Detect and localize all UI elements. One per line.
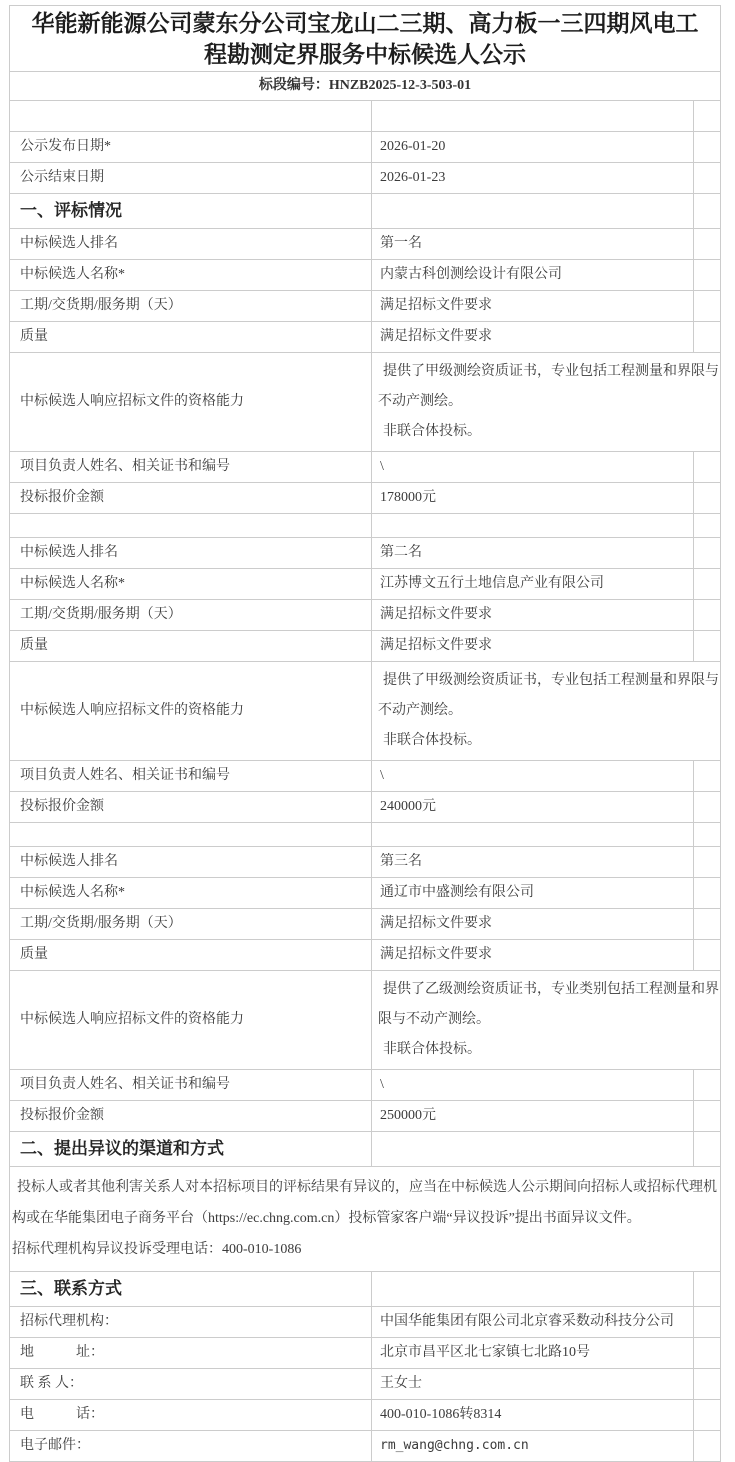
candidate1-manager-row: 项目负责人姓名、相关证书和编号 \ (10, 452, 721, 483)
spacer-cell (694, 761, 721, 792)
candidate-manager-label: 项目负责人姓名、相关证书和编号 (10, 452, 372, 483)
closing-date-label: 公示结束日期 (10, 163, 372, 194)
contact-email-value: rm_wang@chng.com.cn (372, 1431, 694, 1462)
candidate-qualification-label: 中标候选人响应招标文件的资格能力 (10, 353, 372, 452)
candidate-duration-value: 满足招标文件要求 (372, 291, 694, 322)
contact-address-label: 地 址： (10, 1338, 372, 1369)
publish-date-row: 公示发布日期* 2026-01-20 (10, 132, 721, 163)
closing-date-row: 公示结束日期 2026-01-23 (10, 163, 721, 194)
contact-phone-label: 电 话： (10, 1400, 372, 1431)
candidate1-name-row: 中标候选人名称* 内蒙古科创测绘设计有限公司 (10, 260, 721, 291)
candidate2-price-row: 投标报价金额 240000元 (10, 792, 721, 823)
spacer-cell (694, 1369, 721, 1400)
candidate-price-value: 240000元 (372, 792, 694, 823)
candidate-name-label: 中标候选人名称* (10, 878, 372, 909)
contact-phone-row: 电 话： 400-010-1086转8314 (10, 1400, 721, 1431)
spacer-cell (694, 452, 721, 483)
spacer-cell (694, 1307, 721, 1338)
candidate-rank-label: 中标候选人排名 (10, 229, 372, 260)
spacer-cell (694, 538, 721, 569)
qualification-paragraph-2: 非联合体投标。 (378, 417, 720, 447)
candidate-quality-label: 质量 (10, 631, 372, 662)
candidate-name-value: 通辽市中盛测绘有限公司 (372, 878, 694, 909)
contact-phone-value: 400-010-1086转8314 (372, 1400, 694, 1431)
candidate2-quality-row: 质量 满足招标文件要求 (10, 631, 721, 662)
candidate2-name-row: 中标候选人名称* 江苏博文五行土地信息产业有限公司 (10, 569, 721, 600)
spacer-cell (694, 940, 721, 971)
candidate3-price-row: 投标报价金额 250000元 (10, 1101, 721, 1132)
empty-row (10, 101, 721, 132)
candidate-quality-value: 满足招标文件要求 (372, 940, 694, 971)
title-row: 华能新能源公司蒙东分公司宝龙山二三期、高力板一三四期风电工程勘测定界服务中标候选… (10, 6, 721, 72)
spacer-cell (694, 514, 721, 538)
empty-cell (10, 514, 372, 538)
contact-email-label: 电子邮件： (10, 1431, 372, 1462)
empty-cell (372, 101, 694, 132)
candidate1-qualification-row: 中标候选人响应招标文件的资格能力 提供了甲级测绘资质证书，专业包括工程测量和界限… (10, 353, 721, 452)
candidate-manager-value: \ (372, 761, 694, 792)
candidate-manager-value: \ (372, 1070, 694, 1101)
spacer-cell (694, 569, 721, 600)
candidate-manager-value: \ (372, 452, 694, 483)
empty-row (10, 823, 721, 847)
candidate-name-label: 中标候选人名称* (10, 260, 372, 291)
qualification-paragraph-2: 非联合体投标。 (378, 726, 720, 756)
candidate3-name-row: 中标候选人名称* 通辽市中盛测绘有限公司 (10, 878, 721, 909)
announcement-table: 华能新能源公司蒙东分公司宝龙山二三期、高力板一三四期风电工程勘测定界服务中标候选… (9, 5, 721, 1462)
objection-hotline: 招标代理机构异议投诉受理电话：400-010-1086 (12, 1234, 718, 1265)
contact-address-value: 北京市昌平区北七家镇七北路10号 (372, 1338, 694, 1369)
candidate-name-value: 江苏博文五行土地信息产业有限公司 (372, 569, 694, 600)
spacer-cell (694, 163, 721, 194)
spacer-cell (694, 878, 721, 909)
candidate3-quality-row: 质量 满足招标文件要求 (10, 940, 721, 971)
candidate-manager-label: 项目负责人姓名、相关证书和编号 (10, 1070, 372, 1101)
spacer-cell (694, 229, 721, 260)
objection-paragraph-cell: 投标人或者其他利害关系人对本招标项目的评标结果有异议的，应当在中标候选人公示期间… (10, 1167, 721, 1272)
spacer-cell (694, 1132, 721, 1167)
empty-cell (372, 1272, 694, 1307)
objection-paragraph: 投标人或者其他利害关系人对本招标项目的评标结果有异议的，应当在中标候选人公示期间… (12, 1172, 718, 1234)
spacer-cell (694, 291, 721, 322)
candidate-name-label: 中标候选人名称* (10, 569, 372, 600)
contact-person-label: 联 系 人： (10, 1369, 372, 1400)
candidate-qualification-value: 提供了乙级测绘资质证书，专业类别包括工程测量和界限与不动产测绘。 非联合体投标。 (372, 971, 721, 1070)
section-evaluation-row: 一、评标情况 (10, 194, 721, 229)
empty-cell (10, 823, 372, 847)
spacer-cell (694, 792, 721, 823)
candidate-quality-label: 质量 (10, 940, 372, 971)
lot-number: 标段编号：HNZB2025-12-3-503-01 (10, 72, 721, 101)
spacer-cell (694, 1101, 721, 1132)
candidate-price-value: 178000元 (372, 483, 694, 514)
empty-cell (372, 1132, 694, 1167)
section-objection-row: 二、提出异议的渠道和方式 (10, 1132, 721, 1167)
candidate-qualification-label: 中标候选人响应招标文件的资格能力 (10, 971, 372, 1070)
qualification-paragraph-2: 非联合体投标。 (378, 1035, 720, 1065)
section-contact-title: 三、联系方式 (10, 1272, 372, 1307)
spacer-cell (694, 823, 721, 847)
spacer-cell (694, 1431, 721, 1462)
candidate-quality-value: 满足招标文件要求 (372, 322, 694, 353)
candidate2-qualification-row: 中标候选人响应招标文件的资格能力 提供了甲级测绘资质证书，专业包括工程测量和界限… (10, 662, 721, 761)
candidate3-qualification-row: 中标候选人响应招标文件的资格能力 提供了乙级测绘资质证书，专业类别包括工程测量和… (10, 971, 721, 1070)
closing-date-value: 2026-01-23 (372, 163, 694, 194)
spacer-cell (694, 1338, 721, 1369)
candidate-qualification-value: 提供了甲级测绘资质证书，专业包括工程测量和界限与不动产测绘。 非联合体投标。 (372, 662, 721, 761)
spacer-cell (694, 1070, 721, 1101)
candidate-price-label: 投标报价金额 (10, 792, 372, 823)
section-contact-row: 三、联系方式 (10, 1272, 721, 1307)
section-objection-title: 二、提出异议的渠道和方式 (10, 1132, 372, 1167)
spacer-cell (694, 1272, 721, 1307)
candidate-qualification-label: 中标候选人响应招标文件的资格能力 (10, 662, 372, 761)
spacer-cell (694, 847, 721, 878)
lot-number-row: 标段编号：HNZB2025-12-3-503-01 (10, 72, 721, 101)
contact-agency-row: 招标代理机构： 中国华能集团有限公司北京睿采数动科技分公司 (10, 1307, 721, 1338)
candidate-quality-value: 满足招标文件要求 (372, 631, 694, 662)
candidate2-manager-row: 项目负责人姓名、相关证书和编号 \ (10, 761, 721, 792)
candidate-name-value: 内蒙古科创测绘设计有限公司 (372, 260, 694, 291)
candidate-price-value: 250000元 (372, 1101, 694, 1132)
contact-address-row: 地 址： 北京市昌平区北七家镇七北路10号 (10, 1338, 721, 1369)
spacer-cell (694, 194, 721, 229)
page-title: 华能新能源公司蒙东分公司宝龙山二三期、高力板一三四期风电工程勘测定界服务中标候选… (10, 6, 721, 72)
publish-date-label: 公示发布日期* (10, 132, 372, 163)
candidate-quality-label: 质量 (10, 322, 372, 353)
empty-cell (10, 101, 372, 132)
candidate-duration-label: 工期/交货期/服务期（天） (10, 909, 372, 940)
candidate-rank-label: 中标候选人排名 (10, 538, 372, 569)
candidate3-duration-row: 工期/交货期/服务期（天） 满足招标文件要求 (10, 909, 721, 940)
candidate1-rank-row: 中标候选人排名 第一名 (10, 229, 721, 260)
spacer-cell (694, 1400, 721, 1431)
contact-agency-label: 招标代理机构： (10, 1307, 372, 1338)
qualification-paragraph-1: 提供了甲级测绘资质证书，专业包括工程测量和界限与不动产测绘。 (378, 666, 720, 726)
qualification-paragraph-1: 提供了乙级测绘资质证书，专业类别包括工程测量和界限与不动产测绘。 (378, 975, 720, 1035)
contact-email-row: 电子邮件： rm_wang@chng.com.cn (10, 1431, 721, 1462)
publish-date-value: 2026-01-20 (372, 132, 694, 163)
candidate-manager-label: 项目负责人姓名、相关证书和编号 (10, 761, 372, 792)
candidate3-manager-row: 项目负责人姓名、相关证书和编号 \ (10, 1070, 721, 1101)
candidate-duration-value: 满足招标文件要求 (372, 909, 694, 940)
candidate-rank-value: 第三名 (372, 847, 694, 878)
spacer-cell (694, 132, 721, 163)
candidate-qualification-value: 提供了甲级测绘资质证书，专业包括工程测量和界限与不动产测绘。 非联合体投标。 (372, 353, 721, 452)
candidate1-duration-row: 工期/交货期/服务期（天） 满足招标文件要求 (10, 291, 721, 322)
candidate2-duration-row: 工期/交货期/服务期（天） 满足招标文件要求 (10, 600, 721, 631)
spacer-cell (694, 631, 721, 662)
contact-person-row: 联 系 人： 王女士 (10, 1369, 721, 1400)
empty-row (10, 514, 721, 538)
contact-person-value: 王女士 (372, 1369, 694, 1400)
candidate-price-label: 投标报价金额 (10, 1101, 372, 1132)
candidate-rank-value: 第一名 (372, 229, 694, 260)
candidate-duration-value: 满足招标文件要求 (372, 600, 694, 631)
candidate1-quality-row: 质量 满足招标文件要求 (10, 322, 721, 353)
spacer-cell (694, 909, 721, 940)
candidate3-rank-row: 中标候选人排名 第三名 (10, 847, 721, 878)
spacer-cell (694, 101, 721, 132)
section-evaluation-title: 一、评标情况 (10, 194, 372, 229)
candidate-rank-label: 中标候选人排名 (10, 847, 372, 878)
candidate-duration-label: 工期/交货期/服务期（天） (10, 291, 372, 322)
candidate1-price-row: 投标报价金额 178000元 (10, 483, 721, 514)
spacer-cell (694, 322, 721, 353)
candidate-duration-label: 工期/交货期/服务期（天） (10, 600, 372, 631)
candidate-rank-value: 第二名 (372, 538, 694, 569)
spacer-cell (694, 483, 721, 514)
empty-cell (372, 514, 694, 538)
contact-agency-value: 中国华能集团有限公司北京睿采数动科技分公司 (372, 1307, 694, 1338)
spacer-cell (694, 600, 721, 631)
candidate-price-label: 投标报价金额 (10, 483, 372, 514)
candidate2-rank-row: 中标候选人排名 第二名 (10, 538, 721, 569)
objection-paragraph-row: 投标人或者其他利害关系人对本招标项目的评标结果有异议的，应当在中标候选人公示期间… (10, 1167, 721, 1272)
spacer-cell (694, 260, 721, 291)
empty-cell (372, 194, 694, 229)
empty-cell (372, 823, 694, 847)
qualification-paragraph-1: 提供了甲级测绘资质证书，专业包括工程测量和界限与不动产测绘。 (378, 357, 720, 417)
